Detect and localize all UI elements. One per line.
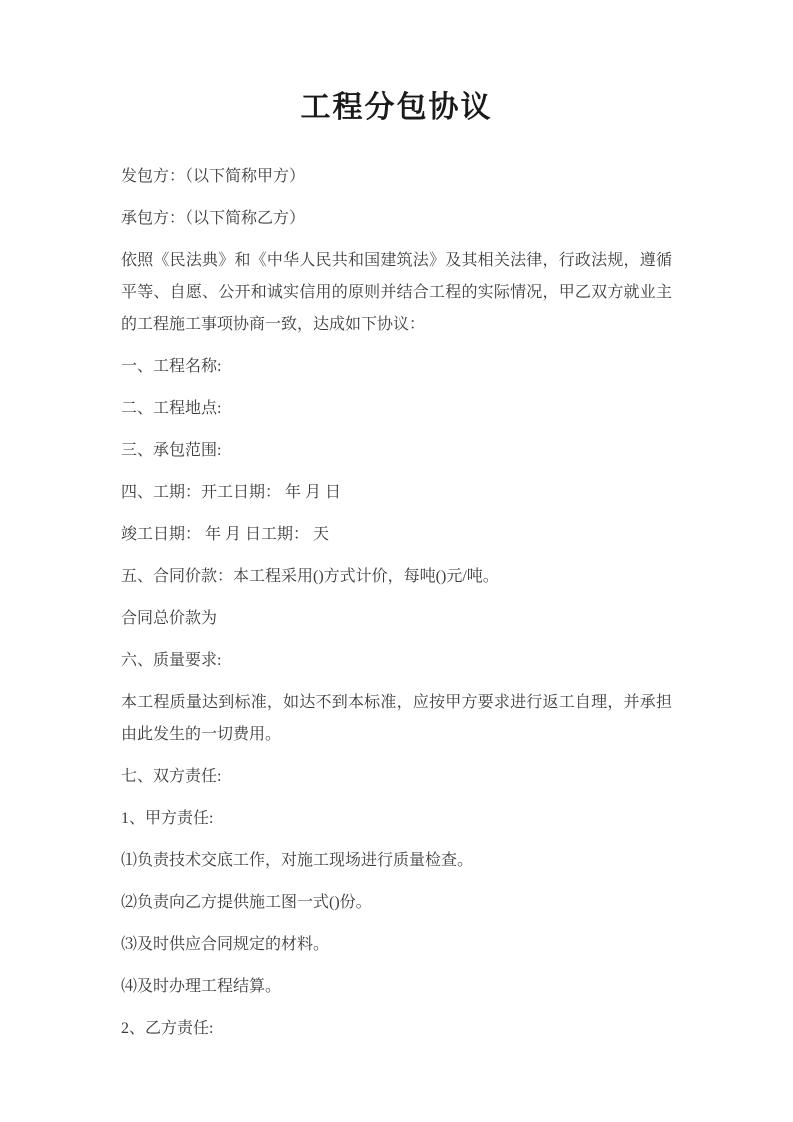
preamble-paragraph: 依照《民法典》和《中华人民共和国建筑法》及其相关法律，行政法规，遵循平等、自愿、… xyxy=(121,245,672,341)
document-page: 工程分包协议 发包方：（以下简称甲方） 承包方：（以下简称乙方） 依照《民法典》… xyxy=(0,0,793,1122)
party-a-duty-3: ⑶及时供应合同规定的材料。 xyxy=(121,929,672,961)
document-title: 工程分包协议 xyxy=(121,90,672,125)
section-4-duration-start: 四、工期：开工日期： 年 月 日 xyxy=(121,477,672,509)
party-b-line: 承包方：（以下简称乙方） xyxy=(121,203,672,235)
section-6-quality-body: 本工程质量达到标准，如达不到本标准，应按甲方要求进行返工自理，并承担由此发生的一… xyxy=(121,687,672,751)
section-3-contract-scope: 三、承包范围: xyxy=(121,435,672,467)
section-5-total-price: 合同总价款为 xyxy=(121,603,672,635)
party-a-line: 发包方：（以下简称甲方） xyxy=(121,161,672,193)
party-a-duty-1: ⑴负责技术交底工作，对施工现场进行质量检查。 xyxy=(121,845,672,877)
section-6-quality-heading: 六、质量要求: xyxy=(121,645,672,677)
party-a-duty-4: ⑷及时办理工程结算。 xyxy=(121,971,672,1003)
party-a-duty-2: ⑵负责向乙方提供施工图一式()份。 xyxy=(121,887,672,919)
section-1-project-name: 一、工程名称: xyxy=(121,351,672,383)
party-a-duties-heading: 1、甲方责任: xyxy=(121,803,672,835)
section-2-project-site: 二、工程地点: xyxy=(121,393,672,425)
section-7-duties-heading: 七、双方责任: xyxy=(121,761,672,793)
section-5-contract-price: 五、合同价款：本工程采用()方式计价，每吨()元/吨。 xyxy=(121,561,672,593)
party-b-duties-heading: 2、乙方责任: xyxy=(121,1013,672,1045)
section-4-duration-end: 竣工日期： 年 月 日工期： 天 xyxy=(121,519,672,551)
